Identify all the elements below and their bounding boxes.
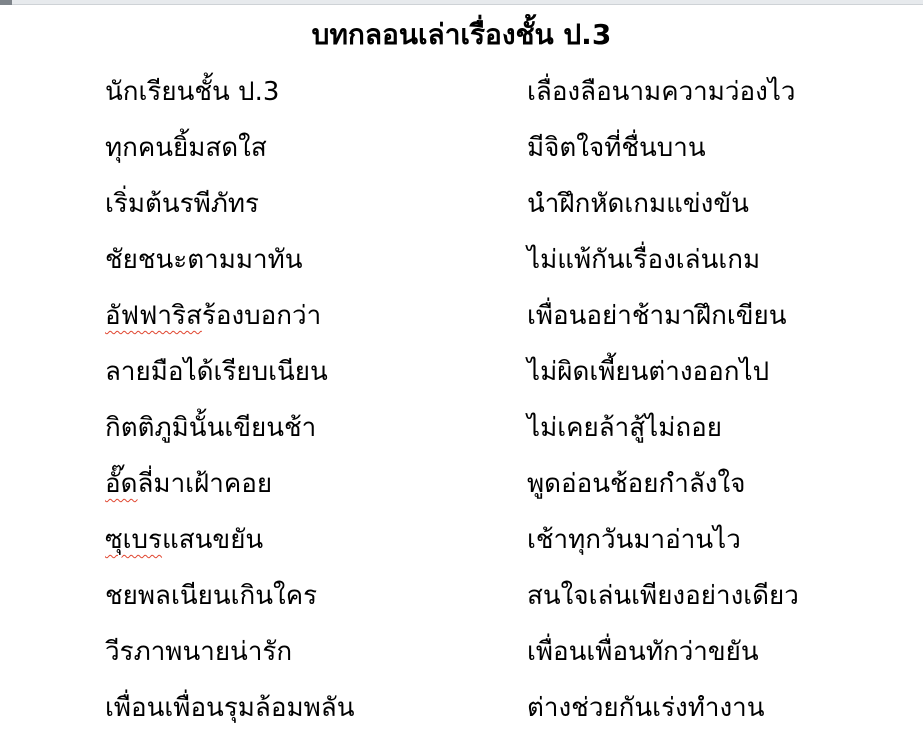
poem-left-text: เริ่มต้นรพีภัทร [105,176,259,232]
poem-left-text: ซุเบรแสนขยัน [105,512,263,568]
poem-right-text: เช้าทุกวันมาอ่านไว [527,512,741,568]
poem-left-rest: ร้องบอกว่า [202,301,321,331]
poem-left-rest: เพื่อนเพื่อนรุมล้อมพลัน [105,693,354,723]
poem-right-text: มีจิตใจที่ชื่นบาน [527,120,706,176]
poem-left-rest: ชยพลเนียนเกินใคร [105,581,317,611]
poem-line: ชัยชนะตามมาทัน ไม่แพ้กันเรื่องเล่นเกม [0,232,923,288]
poem-left-text: ชัยชนะตามมาทัน [105,232,303,288]
poem-left-text: ทุกคนยิ้มสดใส [105,120,267,176]
poem-left-text: ลายมือได้เรียบเนียน [105,344,328,400]
document-title: บทกลอนเล่าเรื่องชั้น ป.3 [0,6,923,64]
poem-right-text: ต่างช่วยกันเร่งทำงาน [527,680,765,736]
poem-right-text: เลื่องลือนามความว่องไว [527,64,796,120]
poem-left-text: กิตติภูมินั้นเขียนช้า [105,400,316,456]
poem-right-text: พูดอ่อนช้อยกำลังใจ [527,456,745,512]
poem-left-rest: กิตติภูมินั้นเขียนช้า [105,413,316,443]
poem-left-text: อัฟฟาริสร้องบอกว่า [105,288,321,344]
poem-line: ทุกคนยิ้มสดใส มีจิตใจที่ชื่นบาน [0,120,923,176]
window-chrome-strip [0,0,923,5]
poem-line: วีรภาพนายน่ารัก เพื่อนเพื่อนทักว่าขยัน [0,624,923,680]
poem-line: ลายมือได้เรียบเนียน ไม่ผิดเพี้ยนต่างออกไ… [0,344,923,400]
poem-left-rest: ทุกคนยิ้มสดใส [105,133,267,163]
poem-line: เริ่มต้นรพีภัทร นำฝึกหัดเกมแข่งขัน [0,176,923,232]
poem-right-text: นำฝึกหัดเกมแข่งขัน [527,176,749,232]
poem-left-text: ชยพลเนียนเกินใคร [105,568,317,624]
poem-left-rest: แสนขยัน [162,525,263,555]
poem-left-rest: นักเรียนชั้น ป.3 [105,77,279,107]
poem-left-rest: ลายมือได้เรียบเนียน [105,357,328,387]
misspelled-word: ซุเบร [105,525,162,555]
poem-line: นักเรียนชั้น ป.3 เลื่องลือนามความว่องไว [0,64,923,120]
poem-right-text: ไม่ผิดเพี้ยนต่างออกไป [527,344,769,400]
poem-line: กิตติภูมินั้นเขียนช้า ไม่เคยล้าสู้ไม่ถอย [0,400,923,456]
poem-right-text: ไม่แพ้กันเรื่องเล่นเกม [527,232,760,288]
poem-left-rest: ลี่มาเฝ้าคอย [138,469,273,499]
poem-line: อัฟฟาริสร้องบอกว่า เพื่อนอย่าช้ามาฝึกเขี… [0,288,923,344]
poem-left-text: วีรภาพนายน่ารัก [105,624,292,680]
poem-left-rest: วีรภาพนายน่ารัก [105,637,292,667]
poem-line: อั๊ดลี่มาเฝ้าคอย พูดอ่อนช้อยกำลังใจ [0,456,923,512]
poem-left-text: นักเรียนชั้น ป.3 [105,64,279,120]
document-page[interactable]: บทกลอนเล่าเรื่องชั้น ป.3 นักเรียนชั้น ป.… [0,6,923,736]
poem-left-rest: เริ่มต้นรพีภัทร [105,189,259,219]
poem-right-text: สนใจเล่นเพียงอย่างเดียว [527,568,799,624]
poem-left-rest: ชัยชนะตามมาทัน [105,245,303,275]
poem-line: ชยพลเนียนเกินใคร สนใจเล่นเพียงอย่างเดียว [0,568,923,624]
poem-right-text: เพื่อนอย่าช้ามาฝึกเขียน [527,288,787,344]
poem-left-text: เพื่อนเพื่อนรุมล้อมพลัน [105,680,354,736]
poem-left-text: อั๊ดลี่มาเฝ้าคอย [105,456,272,512]
poem-line: ซุเบรแสนขยัน เช้าทุกวันมาอ่านไว [0,512,923,568]
window-chrome-corner [0,0,12,5]
poem-right-text: ไม่เคยล้าสู้ไม่ถอย [527,400,722,456]
poem-line: เพื่อนเพื่อนรุมล้อมพลัน ต่างช่วยกันเร่งท… [0,680,923,736]
misspelled-word: อั๊ด [105,469,138,499]
poem-right-text: เพื่อนเพื่อนทักว่าขยัน [527,624,759,680]
misspelled-word: อัฟฟาริส [105,301,202,331]
